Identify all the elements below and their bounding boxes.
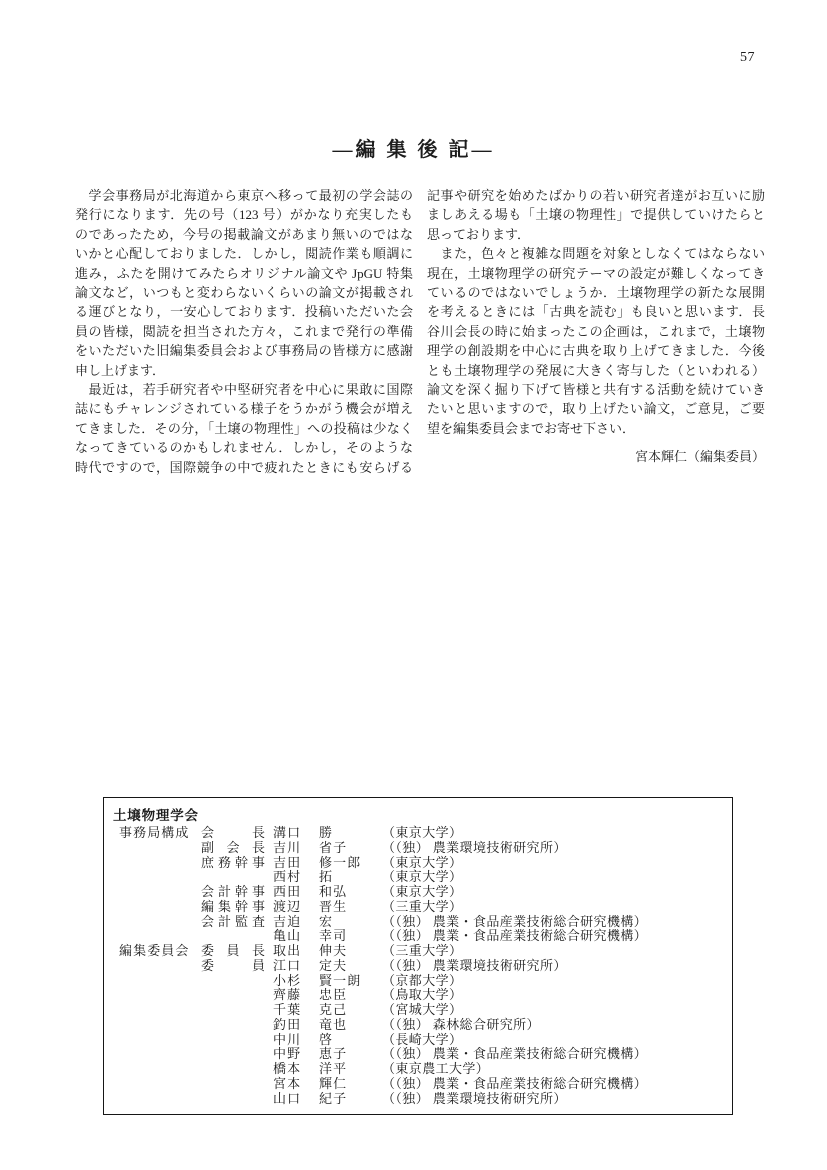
member-row: 齊藤 忠臣 （鳥取大学） (104, 988, 732, 1003)
member-given-name: 和弘 (319, 885, 347, 900)
member-affiliation: （（独） 農業環境技術研究所） (382, 841, 567, 856)
text-line: なってきているのかもしれません．しかし，そのような (75, 438, 413, 457)
member-row: 宮本 輝仁 （（独） 農業・食品産業技術総合研究機構） (104, 1077, 732, 1092)
member-group: 編集委員会 (119, 944, 190, 959)
member-given-name: 勝 (319, 826, 333, 841)
member-surname: 江口 (273, 959, 301, 974)
member-given-name: 竜也 (319, 1018, 347, 1033)
member-given-name: 定夫 (319, 959, 347, 974)
member-surname: 中川 (273, 1033, 301, 1048)
text-line: 進み，ふたを開けてみたらオリジナル論文や JpGU 特集 (75, 264, 413, 283)
member-affiliation: （（独） 農業環境技術研究所） (382, 1092, 567, 1107)
journal-page: 57 —編 集 後 記— 学会事務局が北海道から東京へ移って最初の学会誌の発行に… (0, 0, 827, 1170)
text-line: のであったため，今号の掲載論文があまり無いのではな (75, 225, 413, 244)
member-surname: 渡辺 (273, 900, 301, 915)
member-role: 会長 (201, 826, 265, 841)
member-given-name: 宏 (319, 915, 333, 930)
text-line: 思っております． (427, 225, 765, 244)
member-given-name: 省子 (319, 841, 347, 856)
member-given-name: 伸夫 (319, 944, 347, 959)
member-given-name: 賢一朗 (319, 974, 361, 989)
text-line: 論文など，いつもと変わらないくらいの論文が掲載され (75, 283, 413, 302)
member-row: 副会長 吉川 省子 （（独） 農業環境技術研究所） (104, 841, 732, 856)
text-line: いかと心配しておりました．しかし，閲読作業も順調に (75, 244, 413, 263)
text-line: 誌にもチャレンジされている様子をうかがう機会が増え (75, 399, 413, 418)
text-line: 申し上げます． (75, 361, 413, 380)
text-line: 員の皆様，閲読を担当された方々，これまで発行の準備 (75, 322, 413, 341)
society-member-list: 事務局構成 会長 溝口 勝 （東京大学） 副会長 吉川 省子 （（独） 農業環境… (104, 826, 732, 1106)
member-affiliation: （宮城大学） (382, 1003, 462, 1018)
text-line: ているのではないでしょうか．土壌物理学の新たな展開 (427, 283, 765, 302)
member-given-name: 恵子 (319, 1047, 347, 1062)
member-affiliation: （東京大学） (382, 870, 462, 885)
member-surname: 取出 (273, 944, 301, 959)
member-role: 会計幹事 (201, 885, 265, 900)
member-surname: 吉迫 (273, 915, 301, 930)
text-line: る運びとなり，一安心しております．投稿いただいた会 (75, 302, 413, 321)
text-line: また，色々と複雑な問題を対象としなくてはならない (427, 244, 765, 263)
editorial-right-lines: 記事や研究を始めたばかりの若い研究者達がお互いに励ましあえる場も「土壌の物理性」… (427, 186, 765, 438)
member-affiliation: （（独） 農業・食品産業技術総合研究機構） (382, 915, 647, 930)
society-title: 土壌物理学会 (113, 804, 199, 824)
member-role: 委員 (201, 959, 265, 974)
member-affiliation: （（独） 農業・食品産業技術総合研究機構） (382, 929, 647, 944)
text-line: 学会事務局が北海道から東京へ移って最初の学会誌の (75, 186, 413, 205)
member-affiliation: （（独） 農業環境技術研究所） (382, 959, 567, 974)
member-affiliation: （三重大学） (382, 900, 462, 915)
member-row: 編集幹事 渡辺 晋生 （三重大学） (104, 900, 732, 915)
text-line: 最近は，若手研究者や中堅研究者を中心に果敢に国際 (75, 380, 413, 399)
member-given-name: 洋平 (319, 1062, 347, 1077)
member-surname: 吉田 (273, 856, 301, 871)
text-line: をいただいた旧編集委員会および事務局の皆様方に感謝 (75, 341, 413, 360)
member-row: 事務局構成 会長 溝口 勝 （東京大学） (104, 826, 732, 841)
member-surname: 吉川 (273, 841, 301, 856)
text-line: 理学の創設期を中心に古典を取り上げてきました．今後 (427, 341, 765, 360)
member-affiliation: （東京大学） (382, 885, 462, 900)
member-given-name: 忠臣 (319, 988, 347, 1003)
member-surname: 小杉 (273, 974, 301, 989)
member-given-name: 克己 (319, 1003, 347, 1018)
member-affiliation: （鳥取大学） (382, 988, 462, 1003)
society-box: 土壌物理学会 事務局構成 会長 溝口 勝 （東京大学） 副会長 吉川 省子 （（… (103, 797, 733, 1115)
text-line: てきました．その分，「土壌の物理性」への投稿は少なく (75, 419, 413, 438)
member-surname: 中野 (273, 1047, 301, 1062)
member-given-name: 晋生 (319, 900, 347, 915)
member-given-name: 修一郎 (319, 856, 361, 871)
text-line: 望を編集委員会までお寄せ下さい． (427, 419, 765, 438)
text-line: 谷川会長の時に始まったこの企画は，これまで，土壌物 (427, 322, 765, 341)
member-surname: 宮本 (273, 1077, 301, 1092)
member-row: 千葉 克己 （宮城大学） (104, 1003, 732, 1018)
text-line: 論文を深く掘り下げて皆様と共有する活動を続けていき (427, 380, 765, 399)
editor-signature: 宮本輝仁（編集委員） (427, 447, 765, 466)
member-group: 事務局構成 (119, 826, 190, 841)
member-affiliation: （（独） 農業・食品産業技術総合研究機構） (382, 1047, 647, 1062)
member-role: 会計監査 (201, 915, 265, 930)
member-row: 会計監査 吉迫 宏 （（独） 農業・食品産業技術総合研究機構） (104, 915, 732, 930)
member-row: 編集委員会 委員長 取出 伸夫 （三重大学） (104, 944, 732, 959)
member-given-name: 幸司 (319, 929, 347, 944)
member-row: 橋本 洋平 （東京農工大学） (104, 1062, 732, 1077)
member-role: 編集幹事 (201, 900, 265, 915)
member-affiliation: （京都大学） (382, 974, 462, 989)
text-line: とも土壌物理学の発展に大きく寄与した（といわれる） (427, 361, 765, 380)
member-surname: 亀山 (273, 929, 301, 944)
member-surname: 山口 (273, 1092, 301, 1107)
editorial-body: 学会事務局が北海道から東京へ移って最初の学会誌の発行になります．先の号（123 … (75, 186, 765, 477)
member-row: 小杉 賢一朗 （京都大学） (104, 974, 732, 989)
member-affiliation: （（独） 森林総合研究所） (382, 1018, 540, 1033)
member-role: 副会長 (201, 841, 265, 856)
text-line: 現在，土壌物理学の研究テーマの設定が難しくなってき (427, 264, 765, 283)
member-row: 委員 江口 定夫 （（独） 農業環境技術研究所） (104, 959, 732, 974)
member-surname: 釣田 (273, 1018, 301, 1033)
member-affiliation: （三重大学） (382, 944, 462, 959)
member-role: 委員長 (201, 944, 265, 959)
member-row: 会計幹事 西田 和弘 （東京大学） (104, 885, 732, 900)
member-affiliation: （東京大学） (382, 826, 462, 841)
member-role: 庶務幹事 (201, 856, 265, 871)
editorial-left-column: 学会事務局が北海道から東京へ移って最初の学会誌の発行になります．先の号（123 … (75, 186, 413, 477)
member-surname: 溝口 (273, 826, 301, 841)
text-line: 発行になります．先の号（123 号）がかなり充実したも (75, 205, 413, 224)
member-surname: 千葉 (273, 1003, 301, 1018)
member-row: 中川 啓 （長崎大学） (104, 1033, 732, 1048)
member-affiliation: （（独） 農業・食品産業技術総合研究機構） (382, 1077, 647, 1092)
member-surname: 西村 (273, 870, 301, 885)
member-surname: 西田 (273, 885, 301, 900)
member-given-name: 紀子 (319, 1092, 347, 1107)
text-line: 時代ですので，国際競争の中で疲れたときにも安らげる (75, 458, 413, 477)
member-given-name: 啓 (319, 1033, 333, 1048)
member-surname: 齊藤 (273, 988, 301, 1003)
text-line: 記事や研究を始めたばかりの若い研究者達がお互いに励 (427, 186, 765, 205)
member-row: 亀山 幸司 （（独） 農業・食品産業技術総合研究機構） (104, 929, 732, 944)
member-row: 中野 恵子 （（独） 農業・食品産業技術総合研究機構） (104, 1047, 732, 1062)
member-row: 山口 紀子 （（独） 農業環境技術研究所） (104, 1092, 732, 1107)
page-number: 57 (740, 50, 755, 66)
member-given-name: 拓 (319, 870, 333, 885)
member-given-name: 輝仁 (319, 1077, 347, 1092)
member-row: 庶務幹事 吉田 修一郎 （東京大学） (104, 856, 732, 871)
text-line: たいと思いますので，取り上げたい論文，ご意見，ご要 (427, 399, 765, 418)
text-line: を考えるときには「古典を読む」も良いと思います．長 (427, 302, 765, 321)
member-affiliation: （東京農工大学） (382, 1062, 489, 1077)
member-row: 釣田 竜也 （（独） 森林総合研究所） (104, 1018, 732, 1033)
member-surname: 橋本 (273, 1062, 301, 1077)
page-title: —編 集 後 記— (0, 133, 827, 162)
editorial-right-column: 記事や研究を始めたばかりの若い研究者達がお互いに励ましあえる場も「土壌の物理性」… (427, 186, 765, 477)
member-affiliation: （長崎大学） (382, 1033, 462, 1048)
member-row: 西村 拓 （東京大学） (104, 870, 732, 885)
text-line: ましあえる場も「土壌の物理性」で提供していけたらと (427, 205, 765, 224)
member-affiliation: （東京大学） (382, 856, 462, 871)
